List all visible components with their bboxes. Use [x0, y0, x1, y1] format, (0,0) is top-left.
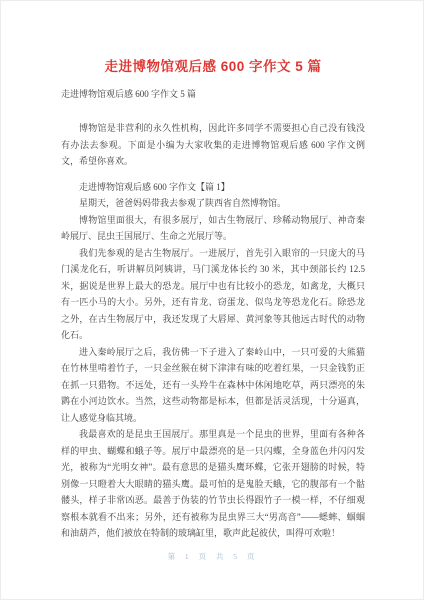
- document-title: 走进博物馆观后感 600 字作文 5 篇: [61, 58, 365, 75]
- essay-paragraph: 星期天，爸爸妈妈带我去参观了陕西省自然博物馆。: [61, 195, 365, 212]
- essay-paragraph: 进入秦岭展厅之后，我仿佛一下子进入了秦岭山中，一只可爱的大熊猫在竹林里啃着竹子，…: [61, 344, 365, 427]
- document-subtitle: 走进博物馆观后感 600 字作文 5 篇: [61, 87, 365, 101]
- essay-paragraph: 博物馆里面很大，有很多展厅，如古生物展厅、珍稀动物展厅、神奇秦岭展厅、昆虫王国展…: [61, 212, 365, 245]
- essay-paragraph: 我最喜欢的是昆虫王国展厅。那里真是一个昆虫的世界，里面有各种各样的甲虫、蝴蝶和蛾…: [61, 426, 365, 542]
- essay-paragraph: 我们先参观的是古生物展厅。一进展厅，首先引入眼帘的一只庞大的马门溪龙化石，听讲解…: [61, 245, 365, 344]
- document-page: 走进博物馆观后感 600 字作文 5 篇 走进博物馆观后感 600 字作文 5 …: [0, 0, 424, 600]
- essay-body: 星期天，爸爸妈妈带我去参观了陕西省自然博物馆。博物馆里面很大，有很多展厅，如古生…: [61, 195, 365, 542]
- page-number-footer: 第 1 页 共 5 页: [61, 551, 365, 562]
- section-heading-essay-1: 走进博物馆观后感 600 字作文【篇 1】: [61, 179, 365, 196]
- intro-paragraph: 博物馆是非营利的永久性机构，因此许多同学不需要担心自己没有钱没有办法去参观。下面…: [61, 120, 365, 170]
